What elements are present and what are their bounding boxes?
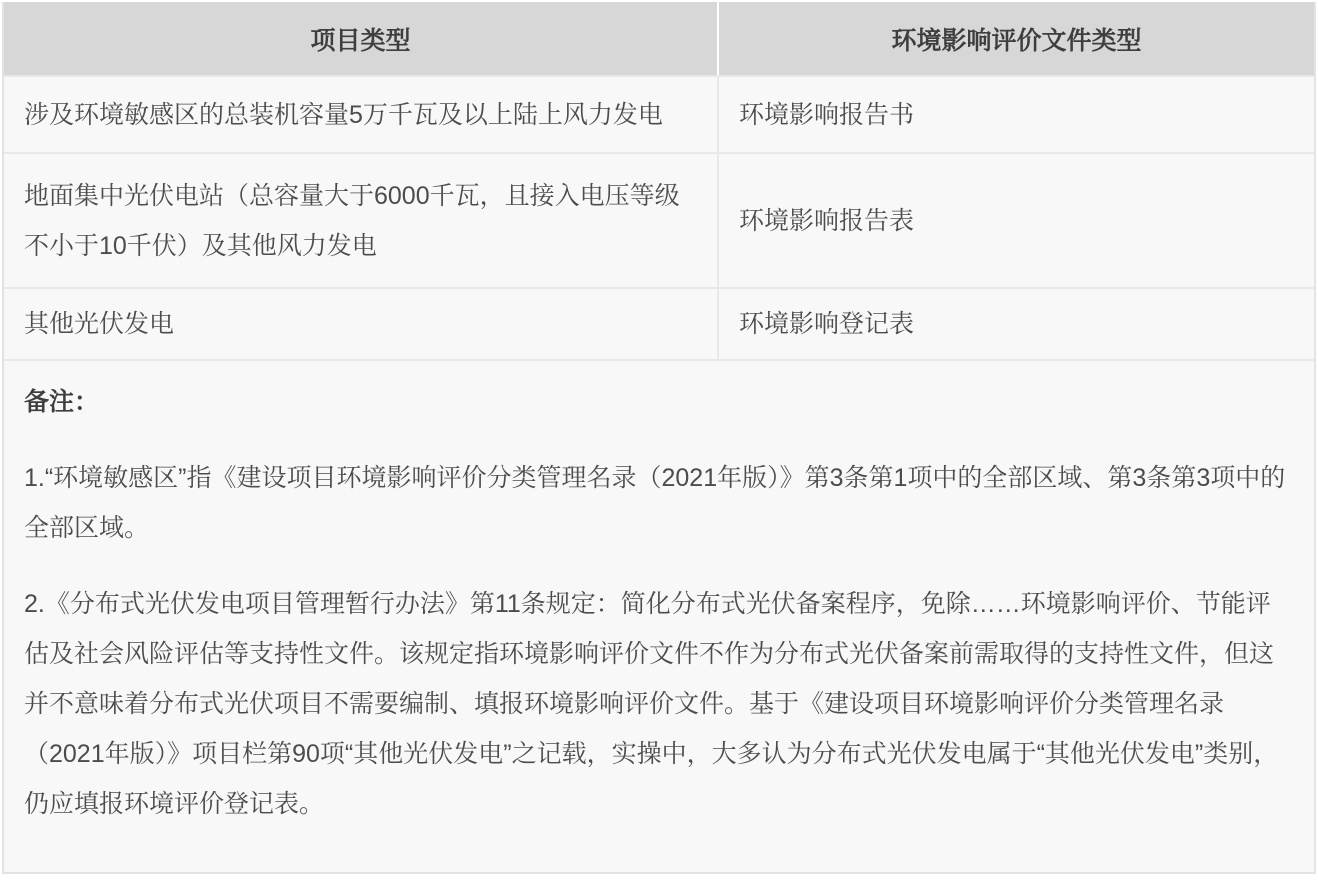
notes-cell: 备注： 1.“环境敏感区”指《建设项目环境影响评价分类管理名录（2021年版）》… (4, 359, 1314, 872)
table-header-row: 项目类型 环境影响评价文件类型 (4, 2, 1314, 75)
cell-eia-doc-type-2: 环境影响报告表 (719, 152, 1314, 287)
table-row: 地面集中光伏电站（总容量大于6000千瓦，且接入电压等级不小于10千伏）及其他风… (4, 152, 1314, 287)
cell-project-type-3: 其他光伏发电 (4, 287, 719, 359)
note-item-2: 2.《分布式光伏发电项目管理暂行办法》第11条规定：简化分布式光伏备案程序，免除… (24, 579, 1294, 829)
notes-row: 备注： 1.“环境敏感区”指《建设项目环境影响评价分类管理名录（2021年版）》… (4, 359, 1314, 872)
document-page: 项目类型 环境影响评价文件类型 涉及环境敏感区的总装机容量5万千瓦及以上陆上风力… (0, 0, 1318, 882)
column-header-project-type: 项目类型 (4, 2, 719, 75)
cell-eia-doc-type-1: 环境影响报告书 (719, 75, 1314, 152)
cell-eia-doc-type-3: 环境影响登记表 (719, 287, 1314, 359)
table-row: 涉及环境敏感区的总装机容量5万千瓦及以上陆上风力发电 环境影响报告书 (4, 75, 1314, 152)
table-row: 其他光伏发电 环境影响登记表 (4, 287, 1314, 359)
note-item-1: 1.“环境敏感区”指《建设项目环境影响评价分类管理名录（2021年版）》第3条第… (24, 453, 1294, 553)
notes-label: 备注： (24, 377, 1294, 427)
eia-doc-type-table: 项目类型 环境影响评价文件类型 涉及环境敏感区的总装机容量5万千瓦及以上陆上风力… (2, 2, 1316, 874)
column-header-eia-doc-type: 环境影响评价文件类型 (719, 2, 1314, 75)
cell-project-type-2: 地面集中光伏电站（总容量大于6000千瓦，且接入电压等级不小于10千伏）及其他风… (4, 152, 719, 287)
cell-project-type-1: 涉及环境敏感区的总装机容量5万千瓦及以上陆上风力发电 (4, 75, 719, 152)
